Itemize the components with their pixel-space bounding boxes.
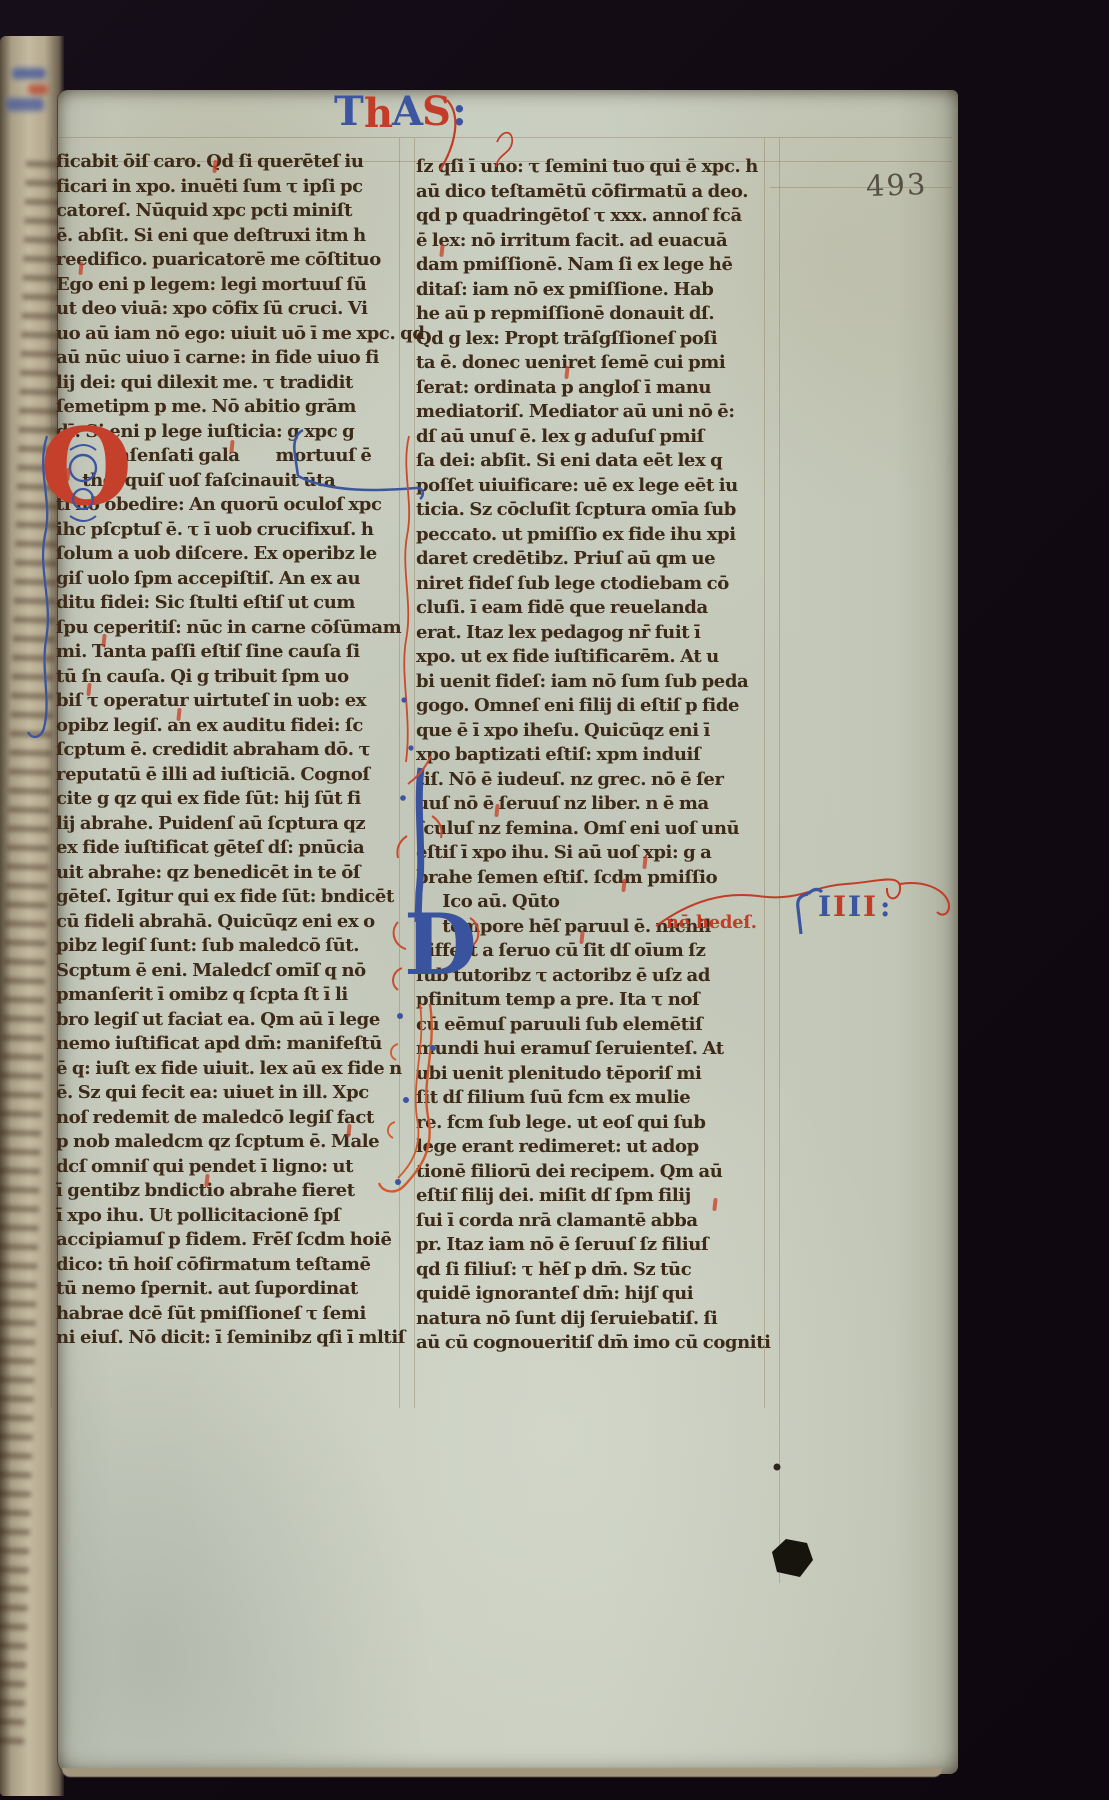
text-line: Ego eni p legem: legi mortuuſ ſū — [56, 273, 402, 298]
text-line: aū cū cognoueritiſ dm̄ imo cū cogniti — [416, 1331, 764, 1356]
text-line: ni eiuſ. Nō dicit: ī ſeminibz qſi ī mlti… — [56, 1326, 402, 1351]
text-line: xpo baptizati eſtiſ: xpm induiſ — [416, 743, 764, 768]
text-line: ī xpo ihu. Ut pollicitacionē ſpſ — [56, 1204, 402, 1229]
text-line: poſſet uiuificare: uē ex lege eēt iu — [416, 474, 764, 499]
text-line: ex fide iuſtificat gēteſ dſ: pnūcia — [56, 836, 402, 861]
text-line: ſolum a uob diſcere. Ex operibz le — [56, 542, 402, 567]
text-line: erat. Itaz lex pedagog nr̄ fuit ī — [416, 621, 764, 646]
text-line: ditaſ: iam nō ex pmiſſione. Hab — [416, 278, 764, 303]
text-line: catoreſ. Nūquid xpc pcti miniſt — [56, 199, 402, 224]
text-line: ſit dſ filium ſuū fcm ex mulie — [416, 1086, 764, 1111]
edge-title-blob-blue — [12, 68, 46, 79]
text-line: reputatū ē illi ad iuſticiā. Cognoſ — [56, 763, 402, 788]
text-line: natura nō ſunt dij ſeruiebatiſ. ſi — [416, 1307, 764, 1332]
text-line: nemo iuſtificat apd dm̄: manifeſtū — [56, 1032, 402, 1057]
folio-number: 493 — [865, 167, 928, 203]
chapter-numeral-char: : — [880, 893, 890, 921]
text-line: Qd g lex: Propt trāſgſſioneſ poſi — [416, 327, 764, 352]
text-line: mediatoriſ. Mediator aū uni nō ē: — [416, 400, 764, 425]
text-line: ut deo viuā: xpo cōfix ſū cruci. Vi — [56, 297, 402, 322]
text-line: giſ uolo ſpm accepiſtiſ. An ex au — [56, 567, 402, 592]
text-line: lege erant redimeret: ut adop — [416, 1135, 764, 1160]
text-line: eſtiſ filij dei. miſit dſ ſpm filij — [416, 1184, 764, 1209]
text-line: dcſ omniſ qui pendet ī ligno: ut — [56, 1155, 402, 1180]
running-title-letter: S — [422, 92, 451, 132]
text-line: ubi uenit plenitudo tēporiſ mi — [416, 1062, 764, 1087]
text-line: tū ſn cauſa. Qi g tribuit ſpm uo — [56, 665, 402, 690]
decorated-initial-D: D — [404, 903, 477, 987]
text-line: ta ē. donec ueniret ſemē cui pmi — [416, 351, 764, 376]
running-title-letter: A — [392, 92, 423, 132]
text-line: tionē filiorū dei recipem. Qm aū — [416, 1160, 764, 1185]
text-line: dico: tn̄ hoiſ cōfirmatum teſtamē — [56, 1253, 402, 1278]
text-line: ſpu ceperitiſ: nūc in carne cōſūmam — [56, 616, 402, 641]
page-under-edge — [62, 1768, 942, 1777]
text-line: aū dico teſtamētū cōfirmatū a deo. — [416, 180, 764, 205]
text-line: cluſi. ī eam fidē que reuelanda — [416, 596, 764, 621]
text-line: opibz legiſ. an ex auditu fidei: ſc — [56, 714, 402, 739]
text-line: cite g qz qui ex fide ſūt: hij ſūt fi — [56, 787, 402, 812]
text-line: gogo. Omneſ eni filij di eſtiſ p fide — [416, 694, 764, 719]
text-line: ficabit ōiſ caro. Qd ſi querēteſ iu — [56, 150, 402, 175]
text-line: he aū p repmiſſionē donauit dſ. — [416, 302, 764, 327]
text-line: qd ſi filiuſ: τ hēſ p dm̄. Sz tūc — [416, 1258, 764, 1283]
text-line: niret fideſ ſub lege ctodiebam cō — [416, 572, 764, 597]
text-line: cū fideli abrahā. Quicūqz eni ex o — [56, 910, 402, 935]
running-title-letter: T — [334, 92, 364, 132]
text-line: pr. Itaz iam nō ē ſeruuſ ſz filiuſ — [416, 1233, 764, 1258]
ruling-line-vertical — [764, 138, 765, 1408]
text-line: tū nemo ſpernit. aut ſupordinat — [56, 1277, 402, 1302]
text-line: ī gentibz bndictio abrahe fieret — [56, 1179, 402, 1204]
manuscript-photo: { "running_title": { "letters": [ {"ch":… — [0, 0, 1109, 1800]
text-line: bi uenit fideſ: iam nō ſum ſub peda — [416, 670, 764, 695]
text-line: ſcptum ē. credidit abraham dō. τ — [56, 738, 402, 763]
text-line: ficari in xpo. inuēti ſum τ ipſi pc — [56, 175, 402, 200]
text-line: lij abrahe. Puidenſ aū ſcptura qz — [56, 812, 402, 837]
text-column-right: ſz qſi ī uno: τ ſemini tuo qui ē xpc. ha… — [416, 155, 764, 1356]
text-line: reedifico. puaricatorē me cōſtituo — [56, 248, 402, 273]
text-line: dſ aū unuſ ē. lex g aduſuſ pmiſ — [416, 425, 764, 450]
text-line: pibz legiſ ſunt: ſub maledcō ſūt. — [56, 934, 402, 959]
chapter-numeral-char: I — [818, 893, 831, 921]
ruling-line-vertical — [51, 138, 52, 1408]
running-title-letter: h — [364, 94, 393, 134]
book-edge-stack — [0, 36, 64, 1796]
text-line: xpo. ut ex fide iuſtificarēm. At u — [416, 645, 764, 670]
text-line: cū eēmuſ paruuli ſub elemētiſ — [416, 1013, 764, 1038]
edge-title-blob-red — [28, 84, 48, 95]
text-line: lij dei: qui dilexit me. τ tradidit — [56, 371, 402, 396]
chapter-numeral-char: I — [833, 893, 846, 921]
text-line: ē. Sz qui fecit ea: uiuet in ill. Xpc — [56, 1081, 402, 1106]
text-line: pmanſerit ī omibz q ſcpta ſt ī li — [56, 983, 402, 1008]
text-line: brahe ſemen eſtiſ. ſcdm pmiſſio — [416, 866, 764, 891]
text-line: aū nūc uiuo ī carne: in fide uiuo fi — [56, 346, 402, 371]
text-line: dam pmiſſionē. Nam ſi ex lege hē — [416, 253, 764, 278]
text-line: ditu fidei: Sic ſtulti eſtiſ ut cum — [56, 591, 402, 616]
text-line: Scptum ē eni. Maledcſ omīſ q nō — [56, 959, 402, 984]
text-line: ticia. Sz cōcluſit ſcptura omīa ſub — [416, 498, 764, 523]
text-line: ſculuſ nz femina. Omſ eni uoſ unū — [416, 817, 764, 842]
text-line: uo aū iam nō ego: uiuit uō ī me xpc. qd — [56, 322, 402, 347]
text-line: biſ τ operatur uirtuteſ in uob: ex — [56, 689, 402, 714]
text-line: ē. abſit. Si eni que deſtruxi itm h — [56, 224, 402, 249]
edge-title-blob-blue2 — [6, 98, 44, 111]
text-line: mi. Tanta paſſi eſtiſ ſine cauſa ſi — [56, 640, 402, 665]
text-line: peccato. ut pmiſſio ex fide ihu xpi — [416, 523, 764, 548]
decorated-initial-O: O — [40, 414, 132, 520]
rubricated-runover-text: nē hedeſ. — [666, 912, 757, 933]
running-title-letter: : — [452, 92, 467, 132]
text-line: quidē ignoranteſ dm̄: hijſ qui — [416, 1282, 764, 1307]
text-line: gēteſ. Igitur qui ex fide ſūt: bndicēt — [56, 885, 402, 910]
chapter-numeral-char: I — [863, 893, 876, 921]
text-line: tiſ. Nō ē iudeuſ. nz grec. nō ē ſer — [416, 768, 764, 793]
chapter-numeral-char: I — [848, 893, 861, 921]
text-line: ſerat: ordinata p angloſ ī manu — [416, 376, 764, 401]
text-line: ſui ī corda nrā clamantē abba — [416, 1209, 764, 1234]
text-line: uit abrahe: qz benedicēt in te ōſ — [56, 861, 402, 886]
text-line: ē lex: nō irritum facit. ad euacuā — [416, 229, 764, 254]
text-line: daret credētibz. Priuſ aū qm ue — [416, 547, 764, 572]
text-line: ſz qſi ī uno: τ ſemini tuo qui ē xpc. h — [416, 155, 764, 180]
text-line: ſa dei: abſit. Si eni data eēt lex q — [416, 449, 764, 474]
text-line: ē q: iuſt ex fide uiuit. lex aū ex fide … — [56, 1057, 402, 1082]
ruling-line-horizontal — [56, 137, 952, 138]
text-line: habrae dcē ſūt pmiſſioneſ τ ſemi — [56, 1302, 402, 1327]
text-line: re. fcm ſub lege. ut eoſ qui ſub — [416, 1111, 764, 1136]
text-line: bro legiſ ut faciat ea. Qm aū ī lege — [56, 1008, 402, 1033]
text-column-left: ficabit ōiſ caro. Qd ſi querēteſ iuficar… — [56, 150, 402, 1351]
text-line: que ē ī xpo iheſu. Quicūqz eni ī — [416, 719, 764, 744]
text-line: qd p quadringētoſ τ xxx. annoſ fcā — [416, 204, 764, 229]
text-line: eſtiſ ī xpo ihu. Si aū uoſ xpi: g a — [416, 841, 764, 866]
text-line: uuſ nō ē ſeruuſ nz liber. n ē ma — [416, 792, 764, 817]
text-line: accipiamuſ p fidem. Frēſ ſcdm hoiē — [56, 1228, 402, 1253]
ruling-line-vertical — [779, 138, 780, 1583]
text-line: mundi hui eramuſ ſeruienteſ. At — [416, 1037, 764, 1062]
